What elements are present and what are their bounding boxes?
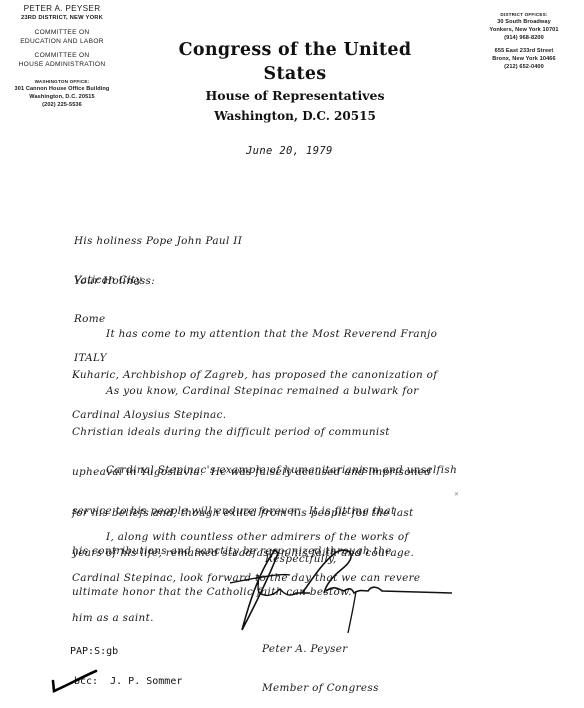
committee-2-line2: HOUSE ADMINISTRATION	[0, 60, 124, 69]
paragraph-line: Cardinal Stepinac's example of humanitar…	[72, 464, 457, 478]
committee-2: COMMITTEE ON HOUSE ADMINISTRATION	[0, 51, 124, 69]
committee-2-line1: COMMITTEE ON	[0, 51, 124, 60]
district-office-line: 655 East 233rd Street	[462, 47, 584, 55]
paragraph-line: As you know, Cardinal Stepinac remained …	[72, 385, 431, 399]
washington-office-heading: WASHINGTON OFFICE:	[0, 78, 124, 85]
district-office-line: Bronx, New York 10466	[462, 55, 584, 63]
district-offices-heading: DISTRICT OFFICES:	[462, 11, 584, 18]
recipient-line: His holiness Pope John Paul II	[74, 235, 242, 248]
district-label: 23rd District, New York	[0, 14, 124, 23]
letterhead-title: Congress of the United States	[150, 38, 440, 86]
congressman-name: PETER A. PEYSER	[0, 3, 124, 14]
letterhead-center: Congress of the United States House of R…	[150, 38, 440, 126]
washington-office-line: 301 Cannon House Office Building	[0, 85, 124, 93]
washington-office-line: Washington, D.C. 20515	[0, 93, 124, 101]
letter-date: June 20, 1979	[246, 145, 333, 157]
salutation: Your Holiness:	[74, 275, 155, 287]
letterhead-subtitle: House of Representatives	[150, 86, 440, 106]
district-office-line: 30 South Broadway	[462, 18, 584, 26]
reference-initials: PAP:S:gb	[70, 646, 118, 657]
letterhead-right: DISTRICT OFFICES: 30 South Broadway Yonk…	[462, 11, 584, 71]
paragraph-line: It has come to my attention that the Mos…	[72, 328, 437, 342]
signer-title: Member of Congress	[262, 682, 379, 695]
checkmark-icon	[50, 667, 100, 697]
signature-block: Peter A. Peyser Member of Congress	[262, 617, 379, 708]
paper-speck: ✕	[454, 491, 459, 498]
letterhead-left: PETER A. PEYSER 23rd District, New York …	[0, 3, 124, 109]
district-office-line: (914) 968-8200	[462, 34, 584, 42]
committee-1-line2: EDUCATION AND LABOR	[0, 37, 124, 46]
committee-1: COMMITTEE ON EDUCATION AND LABOR	[0, 28, 124, 46]
letterhead-city: Washington, D.C. 20515	[150, 106, 440, 126]
committee-1-line1: COMMITTEE ON	[0, 28, 124, 37]
district-office-line: (212) 652-0400	[462, 63, 584, 71]
district-office-line: Yonkers, New York 10701	[462, 26, 584, 34]
washington-office-line: (202) 225-5536	[0, 101, 124, 109]
paragraph-line: I, along with countless other admirers o…	[72, 531, 420, 545]
signer-name: Peter A. Peyser	[262, 643, 379, 656]
